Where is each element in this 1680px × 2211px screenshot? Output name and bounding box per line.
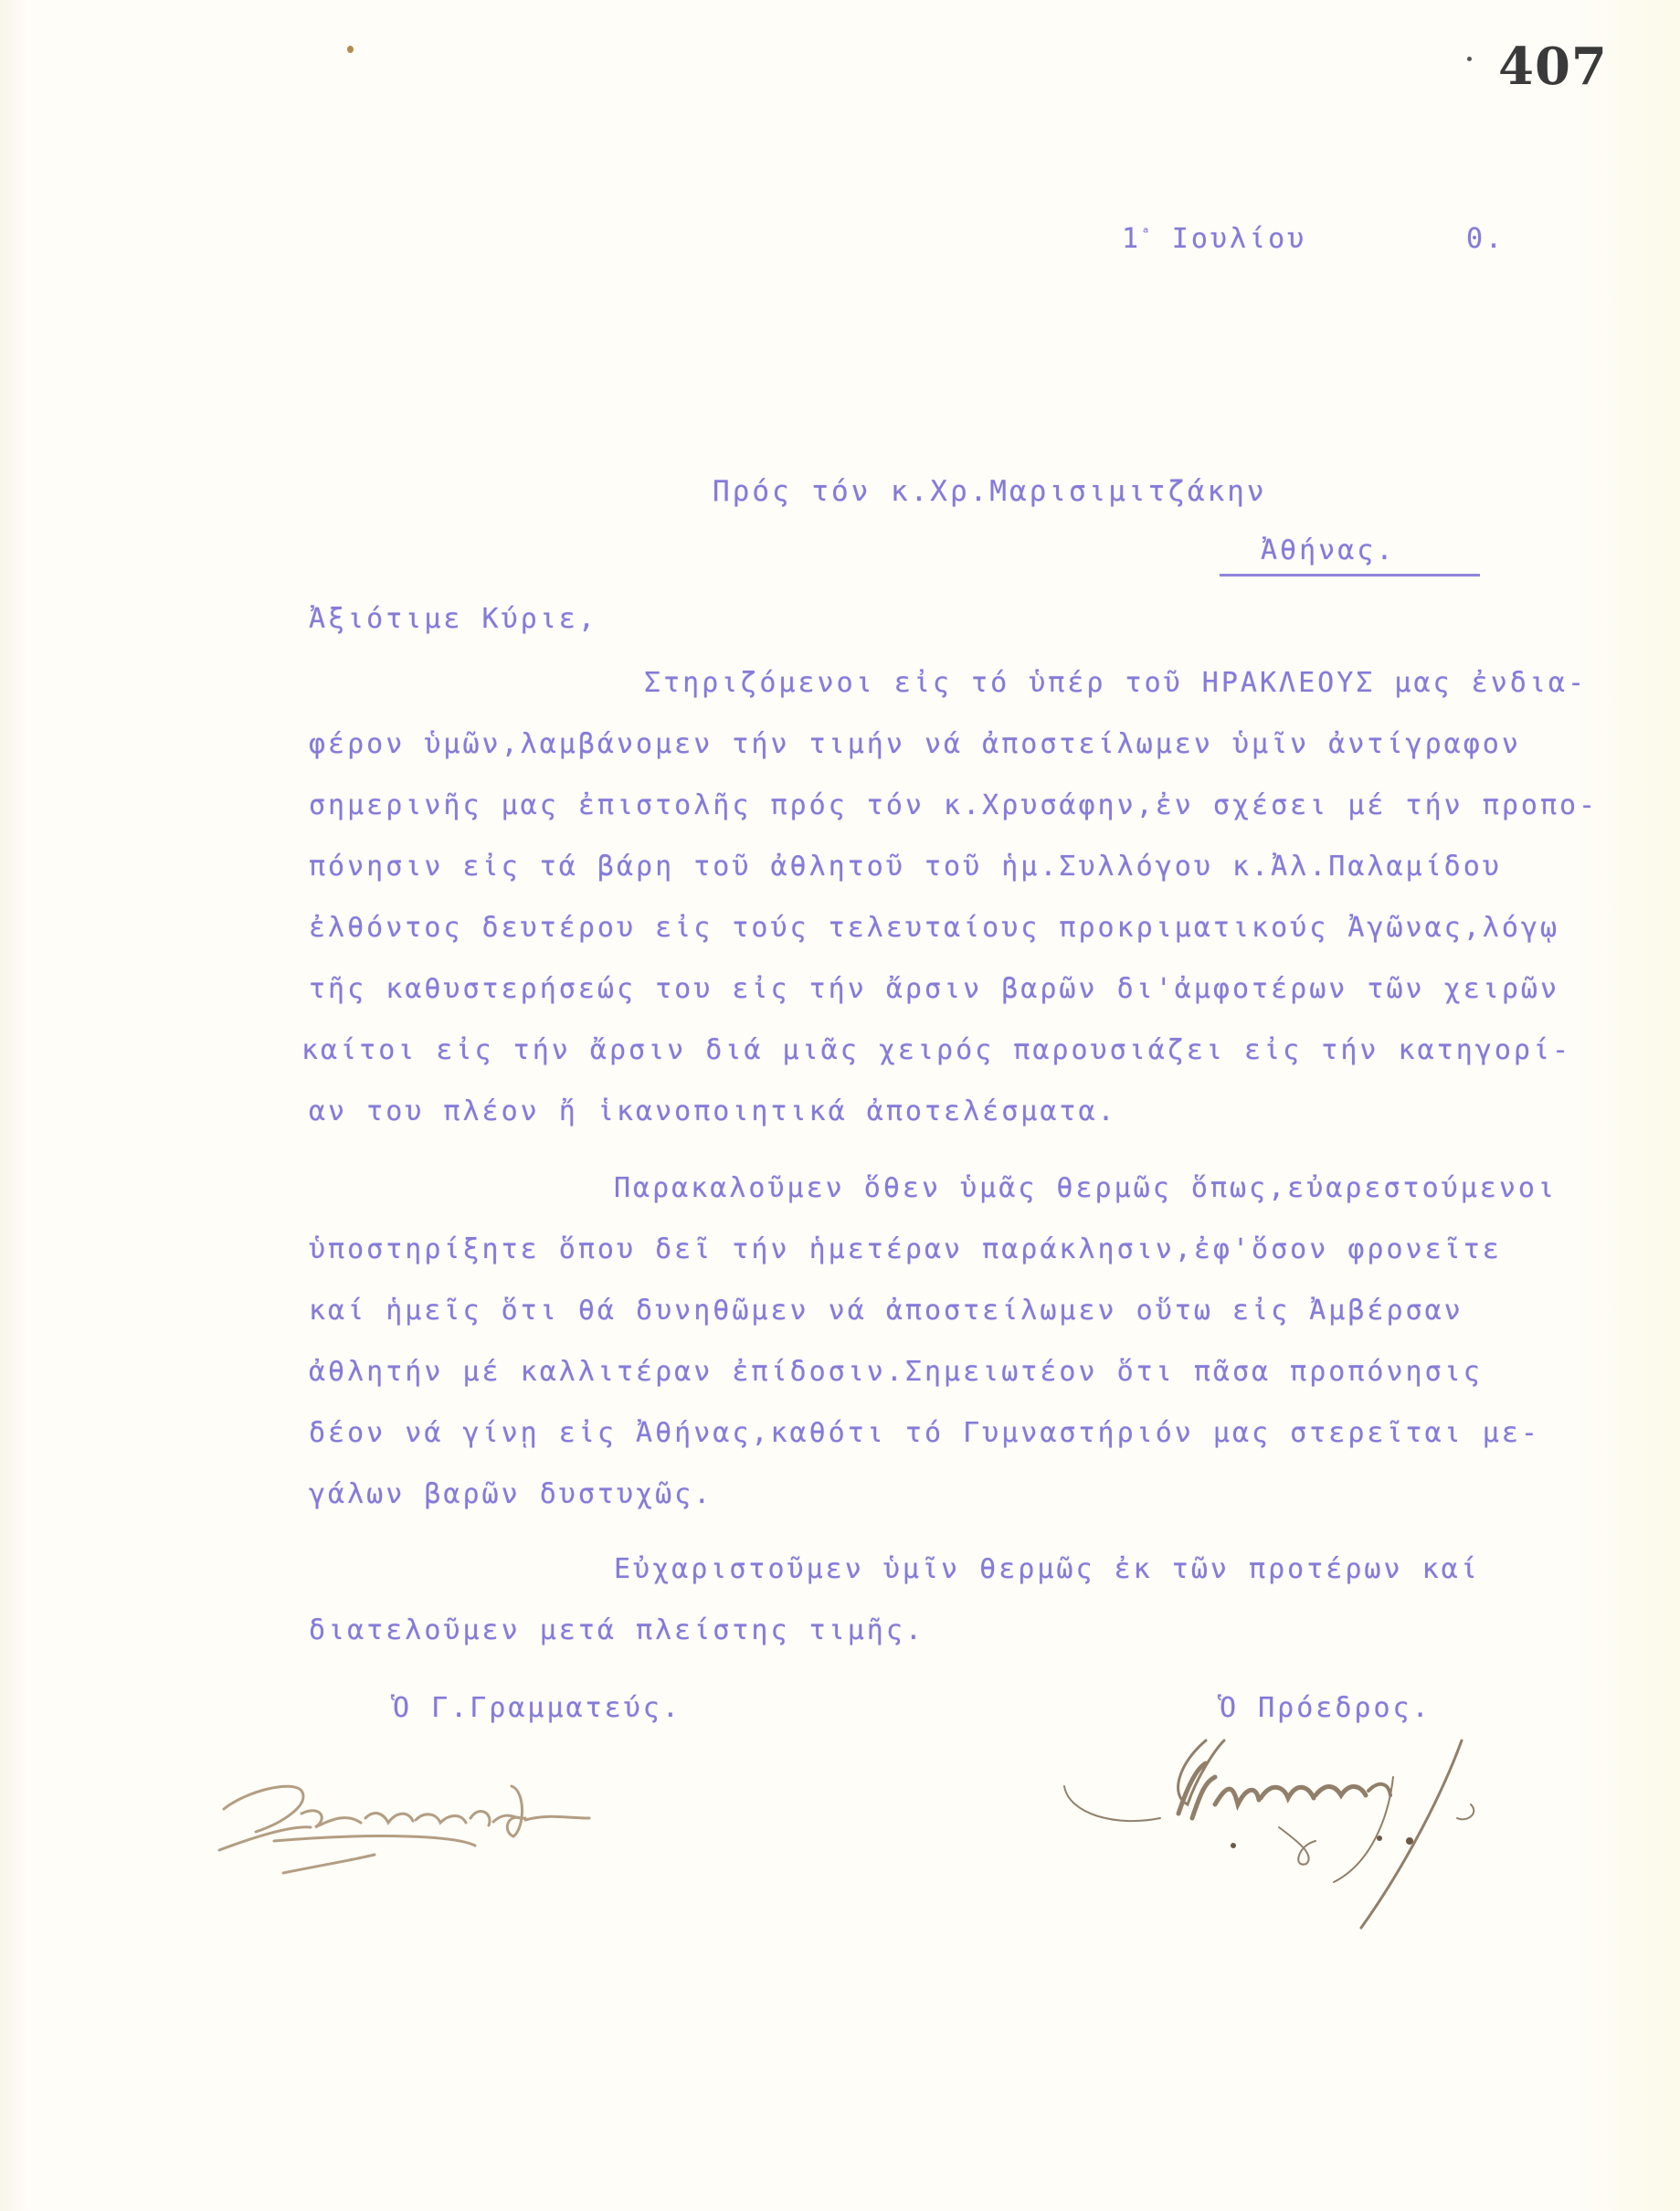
signature-scrawl-icon xyxy=(0,0,1680,2211)
letter-page: 407 1ᵃ Ιουλίου 0. Πρός τόν κ.Χρ.Μαρισιμι… xyxy=(0,0,1680,2211)
